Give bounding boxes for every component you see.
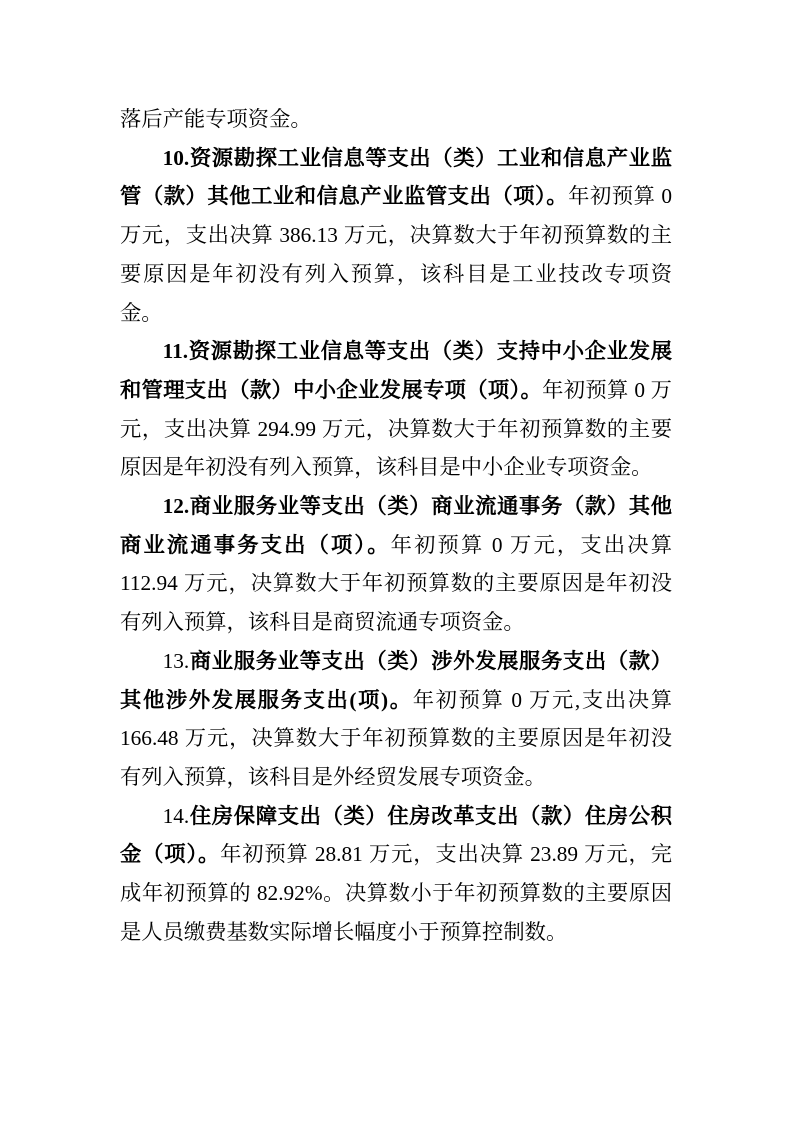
item-11-number: 11. <box>163 339 188 363</box>
budget-item-12: 12.商业服务业等支出（类）商业流通事务（款）其他商业流通事务支出（项）。年初预… <box>120 487 672 642</box>
continuation-text: 落后产能专项资金。 <box>120 107 312 131</box>
item-12-number: 12. <box>163 494 190 518</box>
item-14-number: 14. <box>163 804 190 828</box>
budget-item-13: 13.商业服务业等支出（类）涉外发展服务支出（款）其他涉外发展服务支出(项)。年… <box>120 642 672 797</box>
document-page: 落后产能专项资金。 10.资源勘探工业信息等支出（类）工业和信息产业监管（款）其… <box>0 0 793 1122</box>
budget-item-14: 14.住房保障支出（类）住房改革支出（款）住房公积金（项）。年初预算 28.81… <box>120 797 672 952</box>
item-10-number: 10. <box>163 146 190 170</box>
item-13-number: 13. <box>163 649 190 673</box>
budget-item-10: 10.资源勘探工业信息等支出（类）工业和信息产业监管（款）其他工业和信息产业监管… <box>120 139 672 333</box>
budget-item-11: 11.资源勘探工业信息等支出（类）支持中小企业发展和管理支出（款）中小企业发展专… <box>120 332 672 487</box>
paragraph-continuation: 落后产能专项资金。 <box>120 100 672 139</box>
